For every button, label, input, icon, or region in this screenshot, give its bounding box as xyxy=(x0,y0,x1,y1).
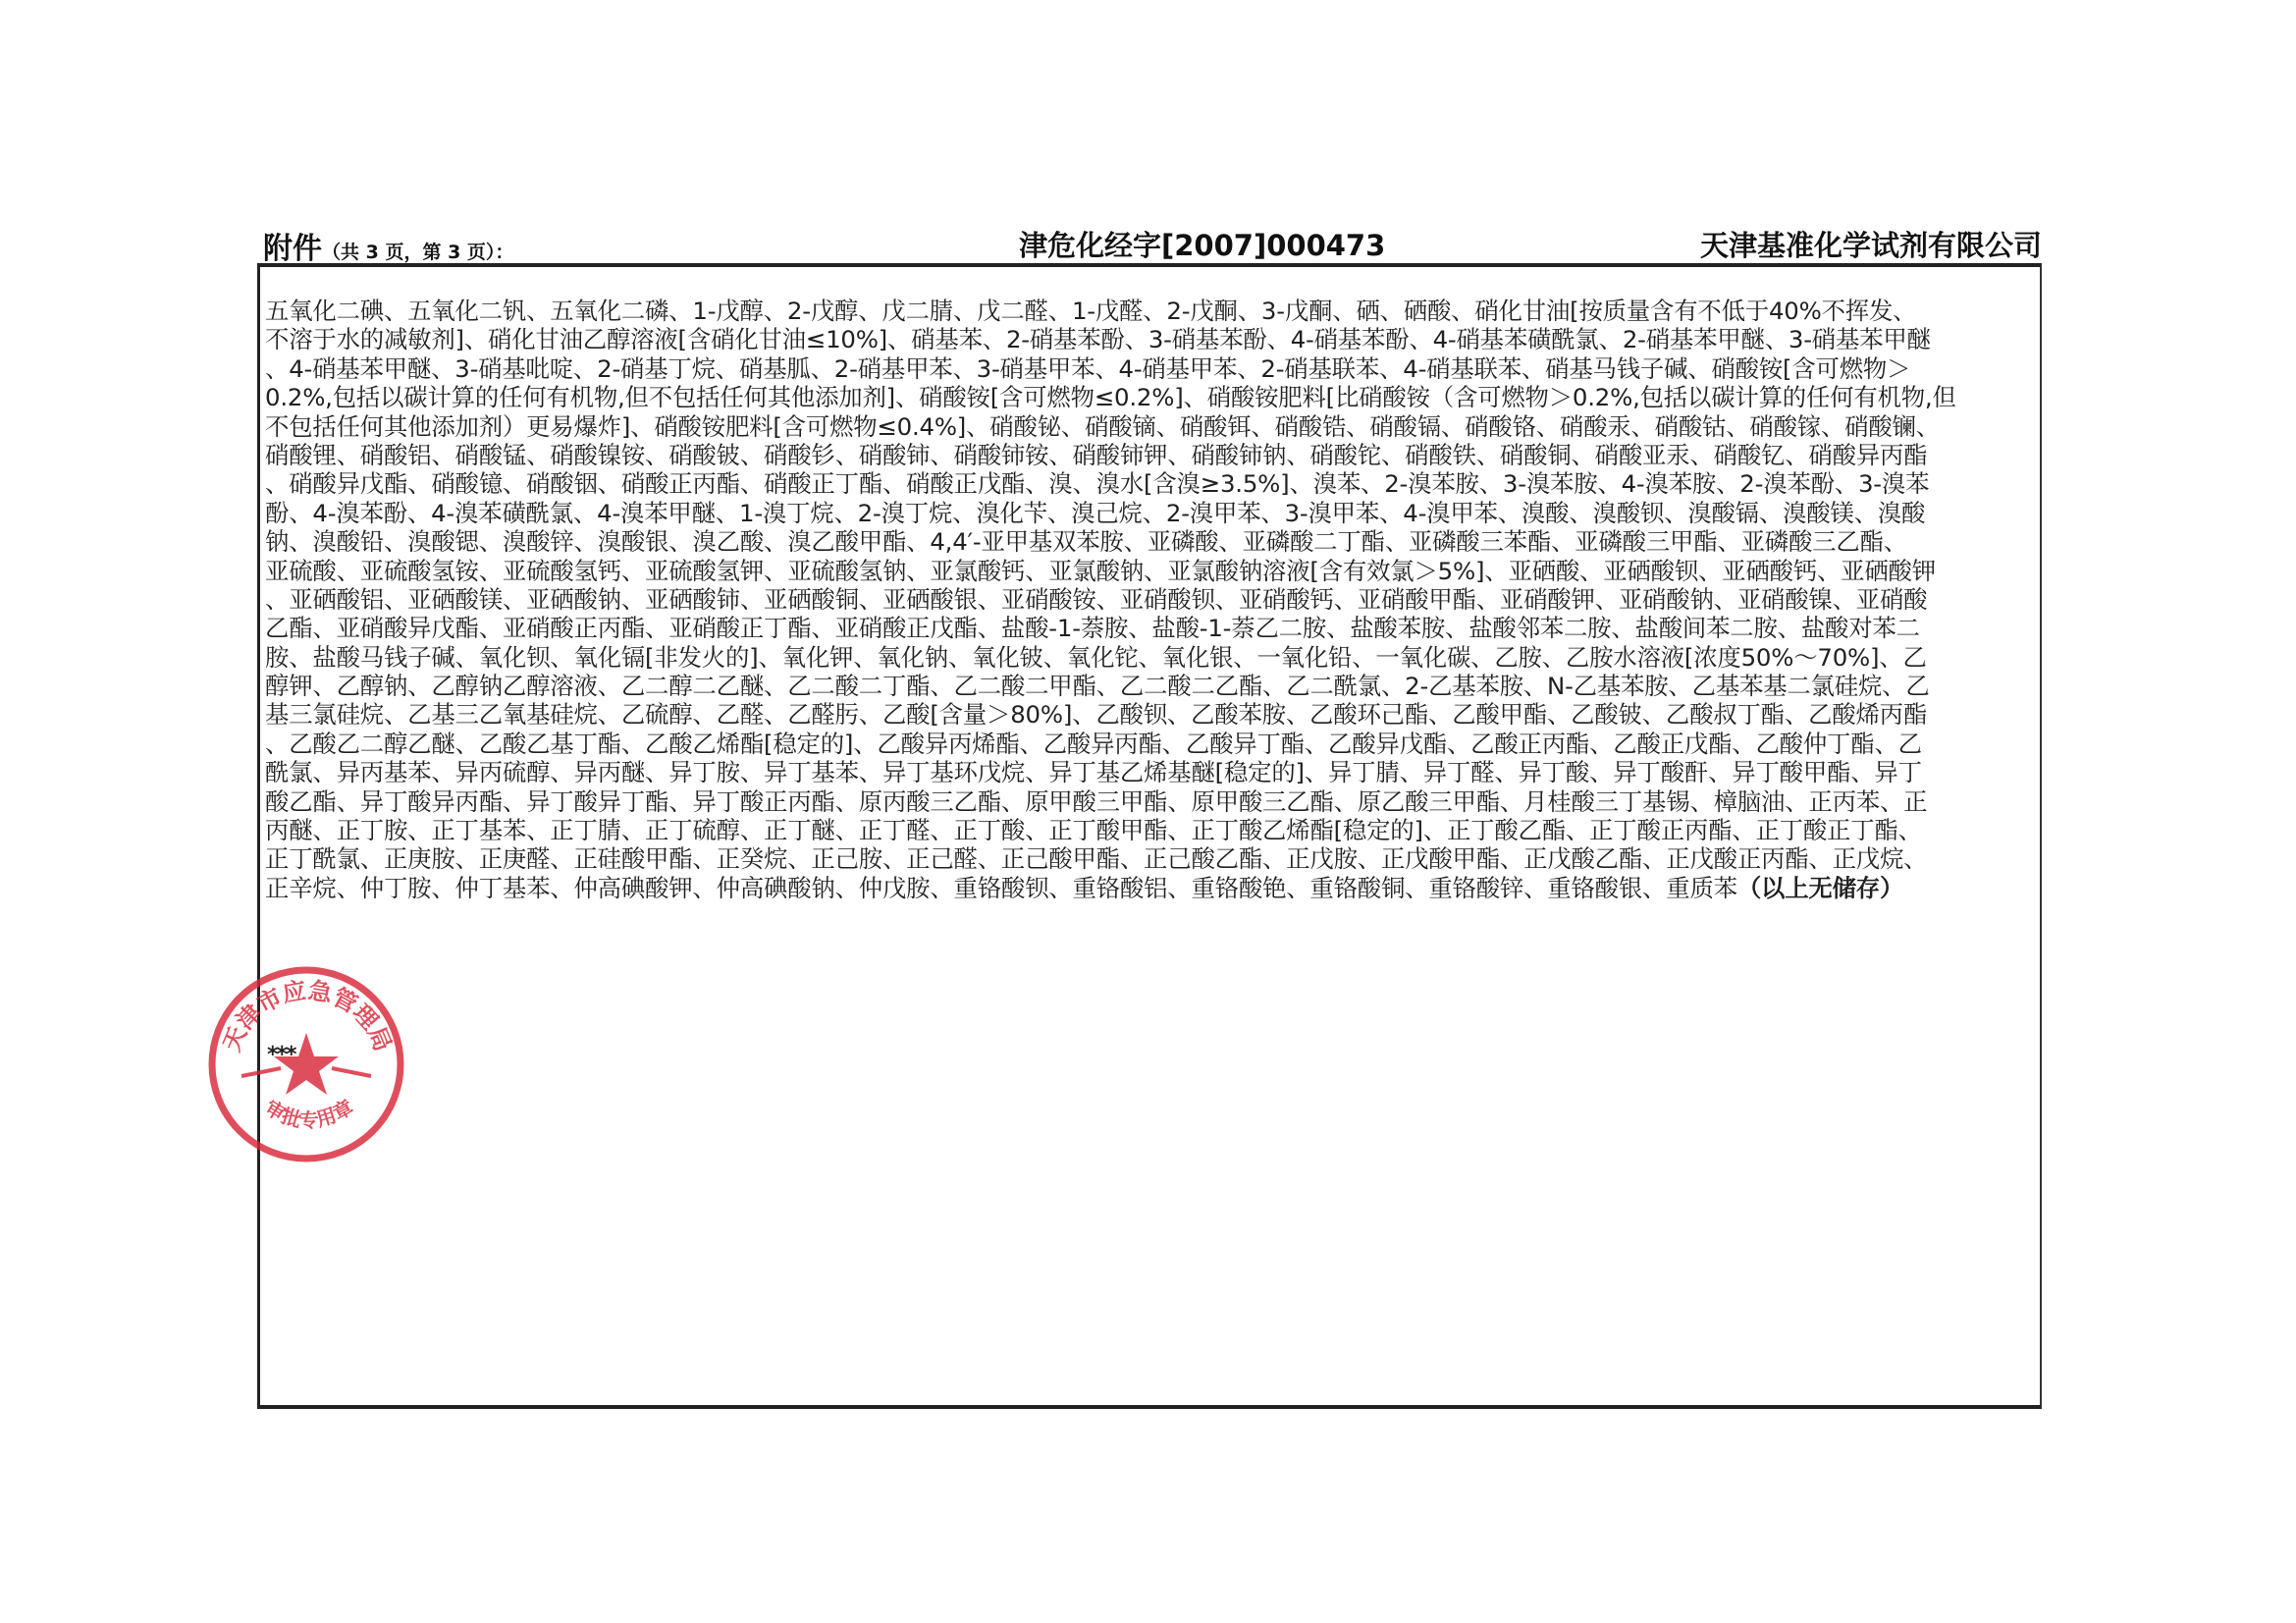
license-number: 津危化经字[2007]000473 xyxy=(1019,224,1385,264)
text-line: 硝酸锂、硝酸铝、硝酸锰、硝酸镍铵、硝酸铍、硝酸钐、硝酸铈、硝酸铈铵、硝酸铈钾、硝… xyxy=(265,441,2032,469)
text-line: 正丁酰氯、正庚胺、正庚醛、正硅酸甲酯、正癸烷、正己胺、正己醛、正己酸甲酯、正己酸… xyxy=(265,844,2032,873)
text-line: 、4-硝基苯甲醚、3-硝基吡啶、2-硝基丁烷、硝基胍、2-硝基甲苯、3-硝基甲苯… xyxy=(265,354,2032,383)
text-line: 、亚硒酸铝、亚硒酸镁、亚硒酸钠、亚硒酸铈、亚硒酸铜、亚硒酸银、亚硝酸铵、亚硝酸钡… xyxy=(265,585,2032,614)
text-line: 、乙酸乙二醇乙醚、乙酸乙基丁酯、乙酸乙烯酯[稳定的]、乙酸异丙烯酯、乙酸异丙酯、… xyxy=(265,730,2032,758)
text-line: 酚、4-溴苯酚、4-溴苯磺酰氯、4-溴苯甲醚、1-溴丁烷、2-溴丁烷、溴化苄、溴… xyxy=(265,499,2032,527)
closing-note: （以上无储存） xyxy=(1737,874,1903,902)
text-line: 0.2%,包括以碳计算的任何有机物,但不包括任何其他添加剂]、硝酸铵[含可燃物≤… xyxy=(265,383,2032,411)
text-line: 醇钾、乙醇钠、乙醇钠乙醇溶液、乙二醇二乙醚、乙二酸二丁酯、乙二酸二甲酯、乙二酸二… xyxy=(265,672,2032,700)
text-line: 、硝酸异戊酯、硝酸镱、硝酸铟、硝酸正丙酯、硝酸正丁酯、硝酸正戊酯、溴、溴水[含溴… xyxy=(265,469,2032,498)
text-line: 基三氯硅烷、乙基三乙氧基硅烷、乙硫醇、乙醛、乙醛肟、乙酸[含量＞80%]、乙酸钡… xyxy=(265,700,2032,729)
chemical-list: 五氧化二碘、五氧化二钒、五氧化二磷、1-戊醇、2-戊醇、戊二腈、戊二醛、1-戊醛… xyxy=(265,297,2032,902)
official-seal-icon: 天津市应急管理局 审批专用章 xyxy=(202,960,410,1168)
text-line: 不溶于水的减敏剂]、硝化甘油乙醇溶液[含硝化甘油≤10%]、硝基苯、2-硝基苯酚… xyxy=(265,325,2032,353)
text-line: 乙酯、亚硝酸异戊酯、亚硝酸正丙酯、亚硝酸正丁酯、亚硝酸正戊酯、盐酸-1-萘胺、盐… xyxy=(265,614,2032,642)
text-line: 亚硫酸、亚硫酸氢铵、亚硫酸氢钙、亚硫酸氢钾、亚硫酸氢钠、亚氯酸钙、亚氯酸钠、亚氯… xyxy=(265,557,2032,585)
seal-bottom-text: 审批专用章 xyxy=(261,1095,357,1132)
text-line: 钠、溴酸铅、溴酸锶、溴酸锌、溴酸银、溴乙酸、溴乙酸甲酯、4,4′-亚甲基双苯胺、… xyxy=(265,527,2032,556)
svg-text:审批专用章: 审批专用章 xyxy=(261,1095,357,1132)
attachment-label: 附件（共 3 页，第 3 页）： xyxy=(263,224,513,267)
page-header: 附件（共 3 页，第 3 页）： 津危化经字[2007]000473 天津基准化… xyxy=(263,218,2042,267)
text-line: 酸乙酯、异丁酸异丙酯、异丁酸异丁酯、异丁酸正丙酯、原丙酸三乙酯、原甲酸三甲酯、原… xyxy=(265,787,2032,816)
text-line: 胺、盐酸马钱子碱、氧化钡、氧化镉[非发火的]、氧化钾、氧化钠、氧化铍、氧化铊、氧… xyxy=(265,643,2032,672)
text-line: 不包括任何其他添加剂）更易爆炸]、硝酸铵肥料[含可燃物≤0.4%]、硝酸铋、硝酸… xyxy=(265,412,2032,441)
text-line: 五氧化二碘、五氧化二钒、五氧化二磷、1-戊醇、2-戊醇、戊二腈、戊二醛、1-戊醛… xyxy=(265,297,2032,325)
text-line: 丙醚、正丁胺、正丁基苯、正丁腈、正丁硫醇、正丁醚、正丁醛、正丁酸、正丁酸甲酯、正… xyxy=(265,816,2032,844)
page-info: （共 3 页，第 3 页）： xyxy=(322,242,513,263)
attachment-title: 附件 xyxy=(263,232,322,266)
text-line: 酰氯、异丙基苯、异丙硫醇、异丙醚、异丁胺、异丁基苯、异丁基环戊烷、异丁基乙烯基醚… xyxy=(265,758,2032,786)
text-line: 正辛烷、仲丁胺、仲丁基苯、仲高碘酸钾、仲高碘酸钠、仲戊胺、重铬酸钡、重铬酸铝、重… xyxy=(265,874,2032,902)
company-name: 天津基准化学试剂有限公司 xyxy=(1700,224,2042,264)
